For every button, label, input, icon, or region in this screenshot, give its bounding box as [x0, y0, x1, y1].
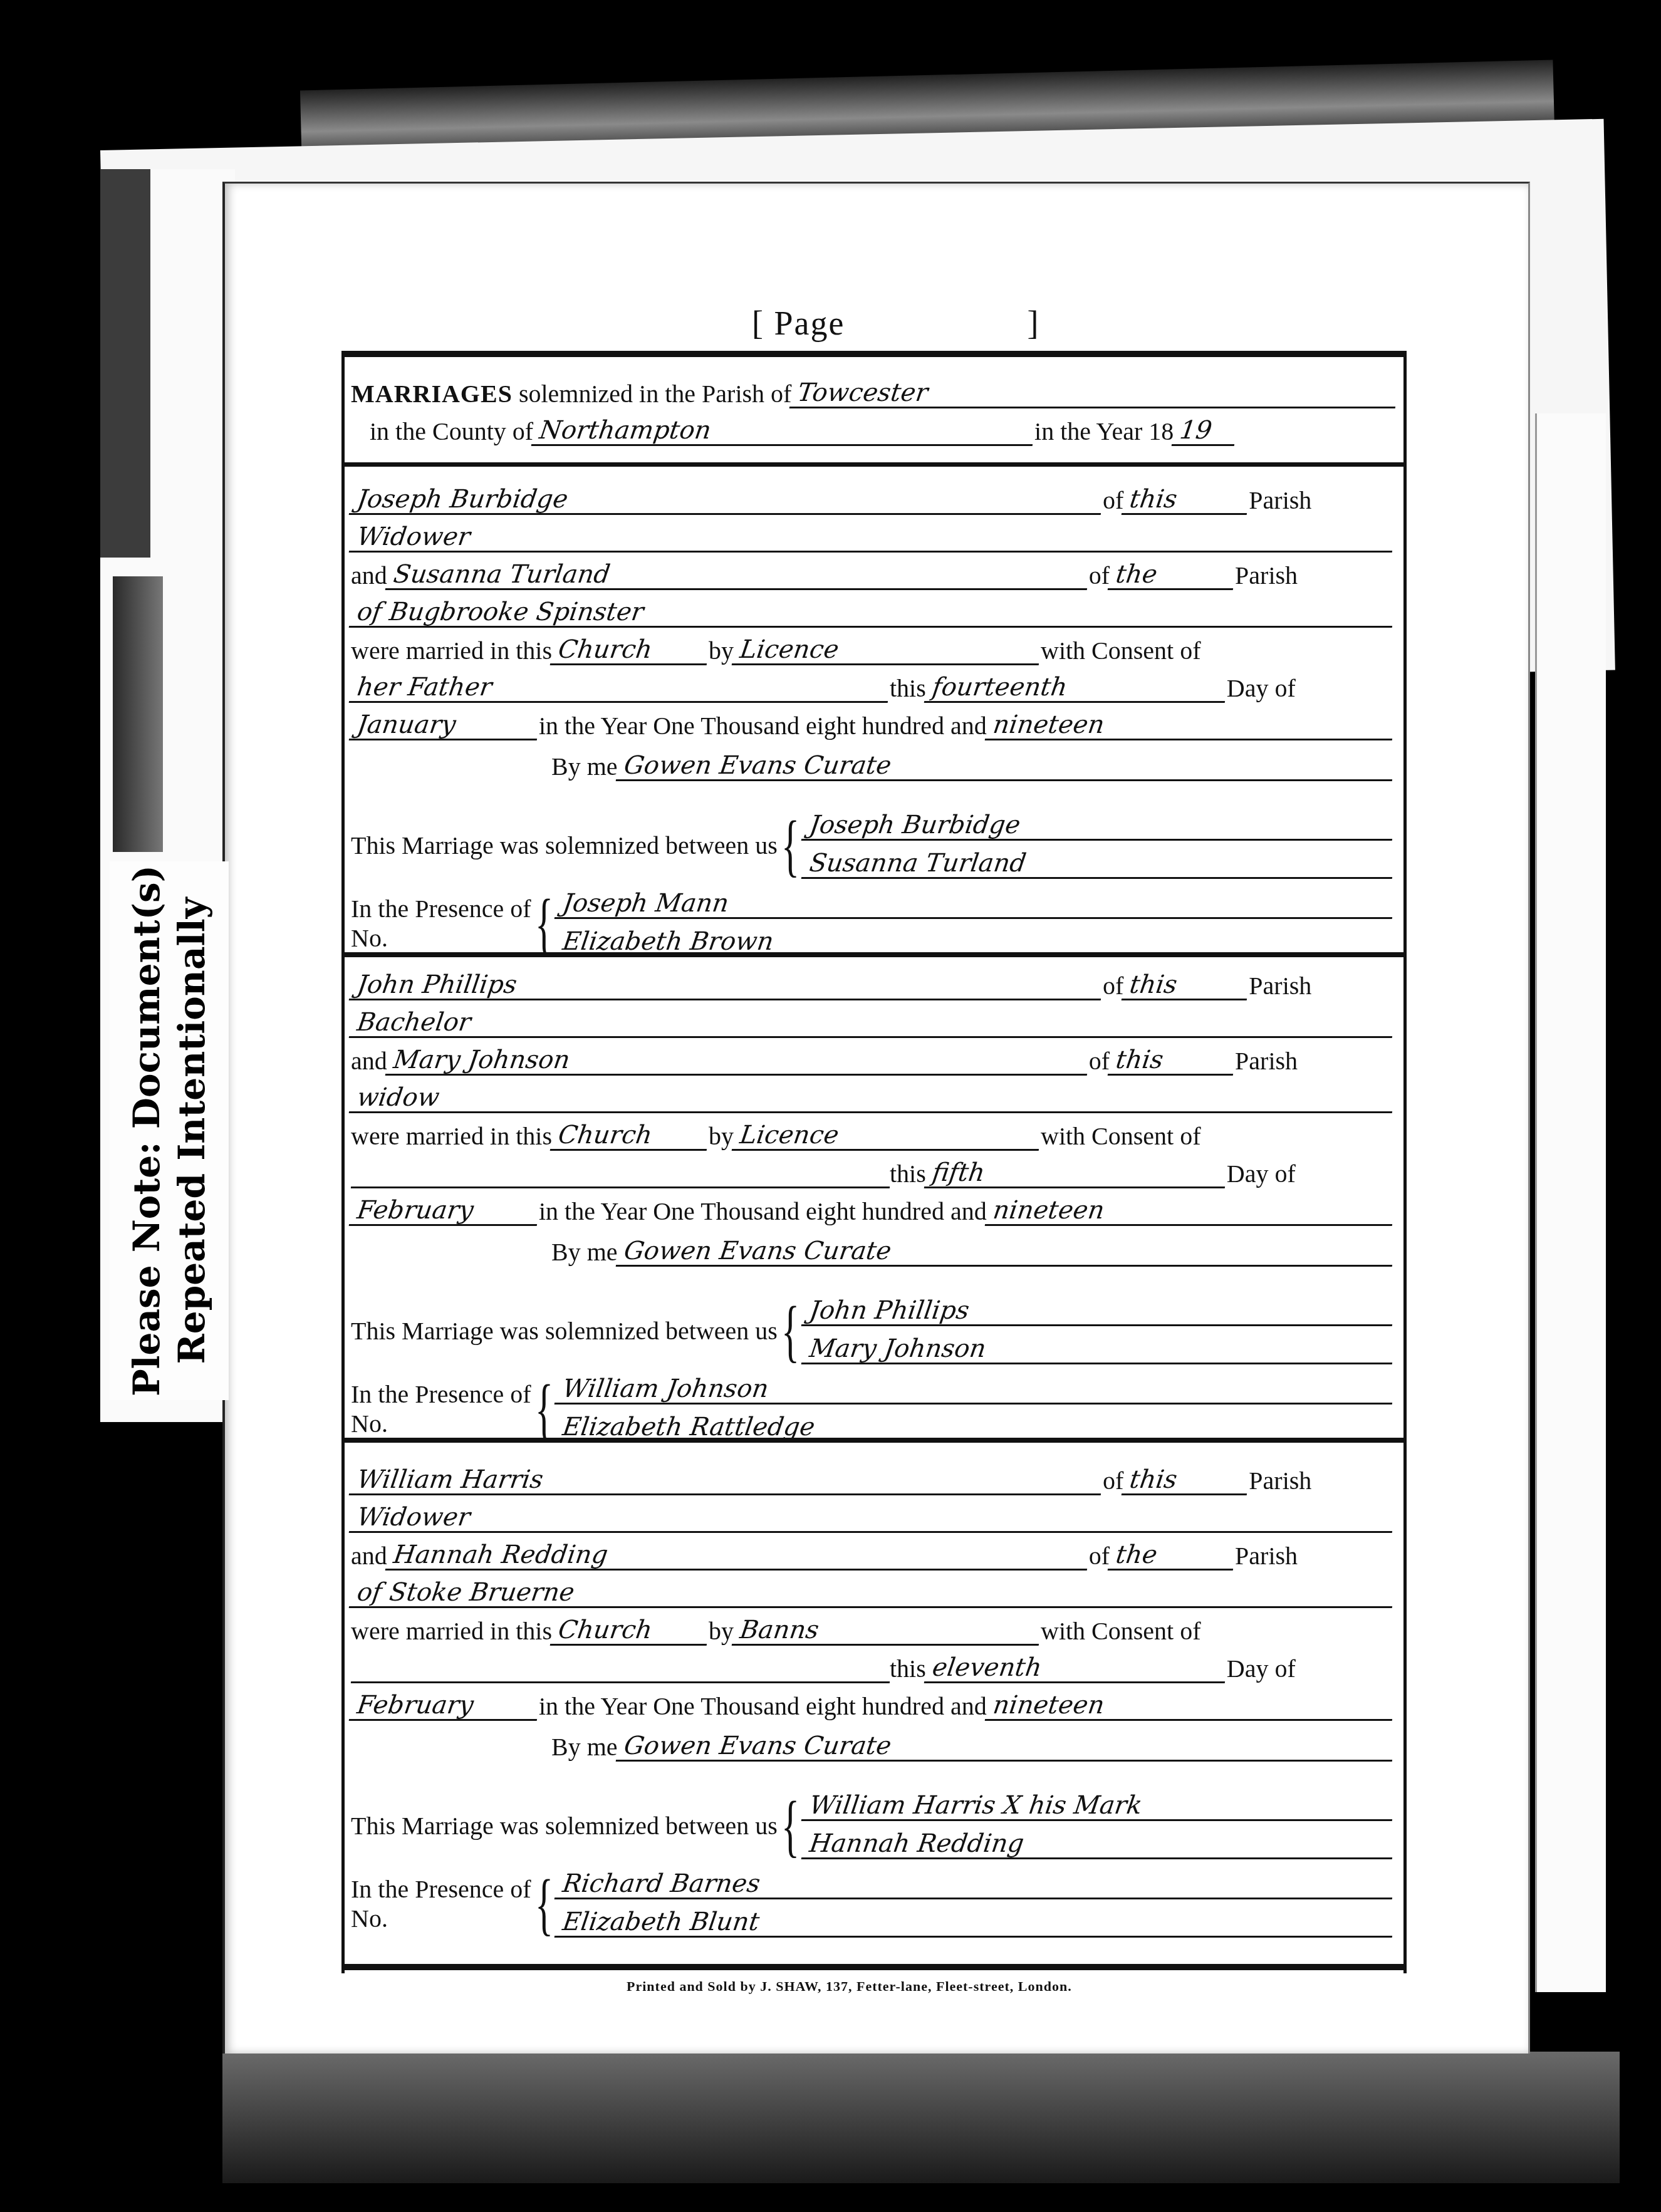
- bride-name: Susanna Turland: [385, 561, 1091, 590]
- groom-status-line: Widower: [351, 1503, 1394, 1533]
- marriage-year: nineteen: [984, 1691, 1396, 1721]
- page-shadow: [222, 2052, 1620, 2183]
- marriage-month: February: [349, 1691, 541, 1721]
- groom-name: Joseph Burbidge: [349, 485, 1105, 515]
- marriage-entry: Joseph Burbidge of this Parish Widower a…: [345, 473, 1403, 955]
- bride-parish: this: [1108, 1046, 1237, 1076]
- groom-signature: William Harris X his Mark: [801, 1792, 1396, 1821]
- groom-parish: this: [1122, 485, 1251, 515]
- bride-name: Hannah Redding: [385, 1541, 1091, 1571]
- groom-status: Bachelor: [349, 1009, 1397, 1038]
- right-paper-strip: [1535, 413, 1606, 1992]
- groom-name: John Phillips: [349, 971, 1105, 1000]
- brace-icon: {: [781, 1306, 799, 1356]
- marriage-day: fourteenth: [924, 673, 1229, 703]
- register-header-line2: in the County of Northampton in the Year…: [370, 417, 1397, 446]
- witnesses-line: In the Presence of No. { Richard Barnes …: [351, 1870, 1394, 1938]
- witness-1: Richard Barnes: [555, 1870, 1396, 1899]
- bride-name: Mary Johnson: [385, 1046, 1091, 1076]
- entry-number-label: No.: [351, 1904, 531, 1933]
- married-line: were married in this Church by Licence w…: [351, 636, 1394, 665]
- officiant: Gowen Evans Curate: [615, 752, 1396, 781]
- note-line-1: Please Note: Document(s): [124, 865, 169, 1396]
- groom-status-line: Widower: [351, 523, 1394, 553]
- signatures-line: This Marriage was solemnized between us …: [351, 811, 1394, 879]
- page-label: Page: [774, 304, 845, 342]
- marriage-month: February: [349, 1197, 541, 1226]
- witnesses-line: In the Presence of No. { William Johnson…: [351, 1375, 1394, 1443]
- groom-line: William Harris of this Parish: [351, 1466, 1394, 1495]
- entry-divider: [345, 1438, 1403, 1443]
- officiant-line: By me Gowen Evans Curate: [551, 1237, 1394, 1267]
- marriage-place: Church: [550, 636, 711, 665]
- top-rule: [345, 351, 1403, 357]
- printer-imprint: Printed and Sold by J. SHAW, 137, Fetter…: [627, 1978, 1072, 1995]
- marriage-day: fifth: [924, 1159, 1229, 1188]
- brace-icon: {: [535, 1879, 553, 1929]
- groom-parish: this: [1122, 1466, 1251, 1495]
- day-line: this fifth Day of: [351, 1159, 1394, 1188]
- marriage-method: Licence: [732, 1121, 1043, 1151]
- register-header-line1: MARRIAGES solemnized in the Parish of To…: [351, 379, 1397, 408]
- marriage-method: Banns: [732, 1616, 1043, 1646]
- bride-residence-line: widow: [351, 1084, 1394, 1113]
- officiant-line: By me Gowen Evans Curate: [551, 1732, 1394, 1762]
- entry-number-label: No.: [351, 923, 531, 953]
- header-rule: [345, 462, 1403, 467]
- bride-line: and Hannah Redding of the Parish: [351, 1541, 1394, 1571]
- bride-line: and Mary Johnson of this Parish: [351, 1046, 1394, 1076]
- bottom-rule: [345, 1964, 1403, 1970]
- bride-residence: widow: [349, 1084, 1397, 1113]
- bride-residence: of Bugbrooke Spinster: [349, 598, 1397, 628]
- year-line: February in the Year One Thousand eight …: [351, 1197, 1394, 1226]
- groom-parish: this: [1122, 971, 1251, 1000]
- witness-2: Elizabeth Blunt: [555, 1908, 1396, 1938]
- day-line: her Father this fourteenth Day of: [351, 673, 1394, 703]
- consent-of: her Father: [349, 673, 892, 703]
- groom-line: Joseph Burbidge of this Parish: [351, 485, 1394, 515]
- officiant-line: By me Gowen Evans Curate: [551, 752, 1394, 781]
- parish-field: Towcester: [789, 379, 1399, 408]
- note-line-2: Repeated Intentionally: [169, 865, 214, 1396]
- bride-parish: the: [1108, 1541, 1237, 1571]
- marriage-month: January: [349, 711, 541, 740]
- year-field: 19: [1172, 417, 1239, 446]
- page-number-tag: [ Page ]: [752, 304, 1039, 343]
- brace-icon: {: [781, 820, 799, 870]
- brace-icon: {: [781, 1800, 799, 1851]
- groom-line: John Phillips of this Parish: [351, 971, 1394, 1000]
- groom-status: Widower: [349, 1503, 1397, 1533]
- groom-status: Widower: [349, 523, 1397, 553]
- bride-parish: the: [1108, 561, 1237, 590]
- signatures-line: This Marriage was solemnized between us …: [351, 1792, 1394, 1859]
- signatures-line: This Marriage was solemnized between us …: [351, 1297, 1394, 1364]
- bride-signature: Susanna Turland: [801, 849, 1396, 879]
- marriage-register: MARRIAGES solemnized in the Parish of To…: [341, 351, 1407, 1973]
- marriage-method: Licence: [732, 636, 1043, 665]
- year-line: January in the Year One Thousand eight h…: [351, 711, 1394, 740]
- county-field: Northampton: [531, 417, 1037, 446]
- married-line: were married in this Church by Licence w…: [351, 1121, 1394, 1151]
- marriage-day: eleventh: [924, 1654, 1229, 1683]
- marriage-year: nineteen: [984, 711, 1396, 740]
- brace-icon: {: [535, 898, 553, 948]
- officiant: Gowen Evans Curate: [615, 1732, 1396, 1762]
- entry-number-label: No.: [351, 1409, 531, 1438]
- groom-signature: Joseph Burbidge: [801, 811, 1396, 841]
- bride-signature: Mary Johnson: [801, 1335, 1396, 1364]
- consent-of: [351, 1681, 890, 1683]
- marriage-entry: John Phillips of this Parish Bachelor an…: [345, 958, 1403, 1441]
- marriage-entry: William Harris of this Parish Widower an…: [345, 1453, 1403, 1936]
- officiant: Gowen Evans Curate: [615, 1237, 1396, 1267]
- consent-of: [351, 1186, 890, 1188]
- bride-residence-line: of Stoke Bruerne: [351, 1579, 1394, 1608]
- groom-name: William Harris: [349, 1466, 1105, 1495]
- groom-signature: John Phillips: [801, 1297, 1396, 1326]
- bride-residence-line: of Bugbrooke Spinster: [351, 598, 1394, 628]
- groom-status-line: Bachelor: [351, 1009, 1394, 1038]
- married-line: were married in this Church by Banns wit…: [351, 1616, 1394, 1646]
- witness-1: William Johnson: [555, 1375, 1396, 1405]
- marriage-place: Church: [550, 1616, 711, 1646]
- repeated-document-note: Please Note: Document(s) Repeated Intent…: [110, 861, 229, 1400]
- year-line: February in the Year One Thousand eight …: [351, 1691, 1394, 1721]
- bride-line: and Susanna Turland of the Parish: [351, 561, 1394, 590]
- witness-1: Joseph Mann: [555, 890, 1396, 919]
- bride-signature: Hannah Redding: [801, 1830, 1396, 1859]
- witnesses-line: In the Presence of No. { Joseph Mann Eli…: [351, 890, 1394, 957]
- marriage-place: Church: [550, 1121, 711, 1151]
- bride-residence: of Stoke Bruerne: [349, 1579, 1397, 1608]
- marriage-year: nineteen: [984, 1197, 1396, 1226]
- day-line: this eleventh Day of: [351, 1654, 1394, 1683]
- brace-icon: {: [535, 1384, 553, 1434]
- entry-divider: [345, 952, 1403, 957]
